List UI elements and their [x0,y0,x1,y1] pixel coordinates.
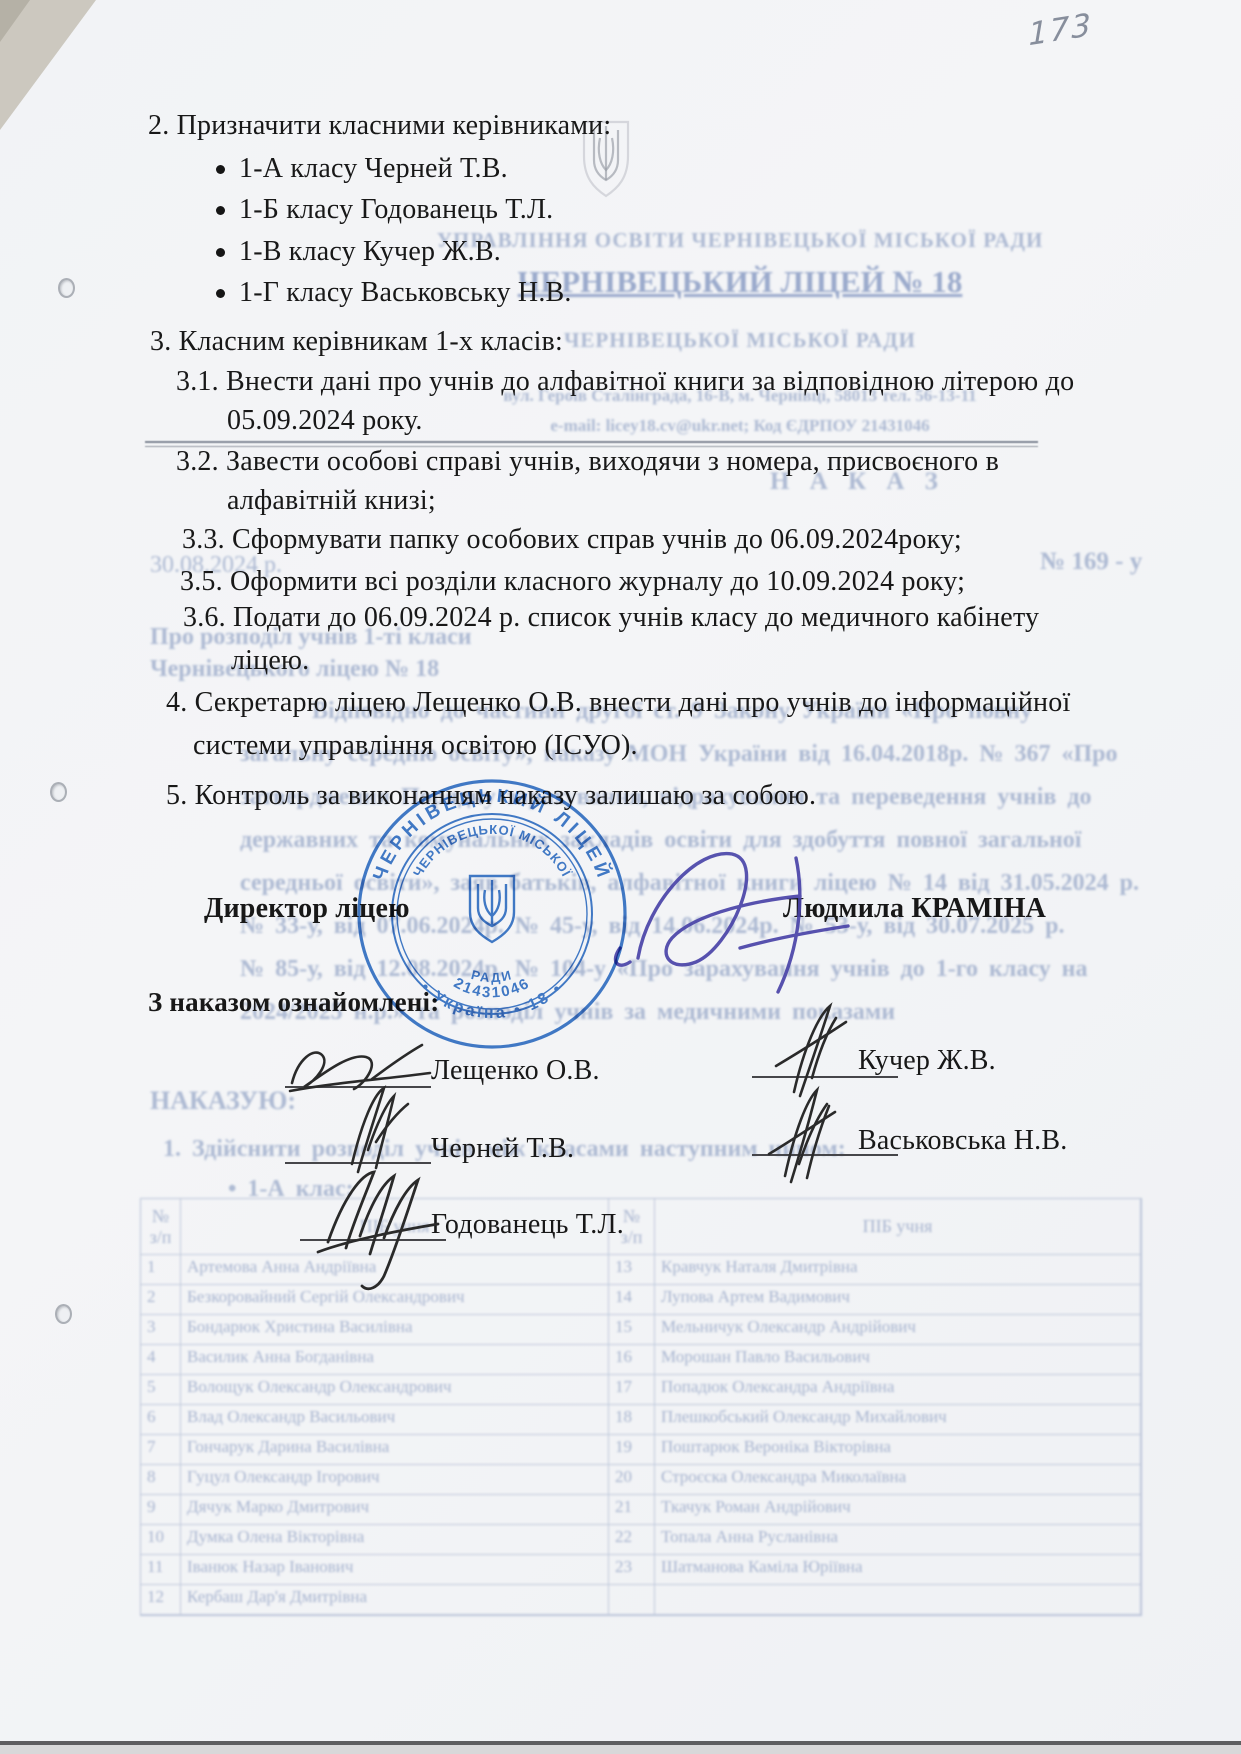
bleed-cell: 22 [609,1525,655,1555]
bleed-table-header-name: ПІБ учня [655,1199,1141,1255]
signature-name-cherney: Черней Т.В. [431,1133,574,1165]
paper-background: УПРАВЛІННЯ ОСВІТИ ЧЕРНІВЕЦЬКОЇ МІСЬКОЇ Р… [0,0,1241,1754]
signature-name-kucher: Кучер Ж.В. [858,1045,996,1077]
bleed-cell: 11 [141,1555,181,1585]
bleed-cell: Іванюк Назар Іванович [181,1555,609,1585]
bullet-dot [216,165,225,174]
scanner-background [0,1745,1241,1754]
bleed-cell: Плешкобський Олександр Михайлович [655,1405,1141,1435]
bleed-cell: Мельничук Олександр Андрійович [655,1315,1141,1345]
stamp-inner-top-text: ЧЕРНІВЕЦЬКОЇ МІСЬКОЇ [410,822,574,880]
bleed-cell: 8 [141,1465,181,1495]
bleed-cell: 13 [609,1255,655,1285]
official-round-stamp: ЧЕРНІВЕЦЬКИЙ ЛІЦЕЙ • Україна • 18 • ЧЕРН… [350,772,634,1056]
scanned-document-page: { "page": { "number": "173" }, "document… [0,0,1241,1754]
bleed-cell: 1 [141,1255,181,1285]
bleed-cell: Лупова Артем Вадимович [655,1285,1141,1315]
order-item-3-1-line2: 05.09.2024 року. [227,405,423,437]
bleed-cell: 10 [141,1525,181,1555]
bleed-cell: 6 [141,1405,181,1435]
svg-text:ЧЕРНІВЕЦЬКОЇ МІСЬКОЇ: ЧЕРНІВЕЦЬКОЇ МІСЬКОЇ [410,822,574,880]
bleed-cell: Гуцул Олександр Ігорович [181,1465,609,1495]
bleed-cell: Думка Олена Вікторівна [181,1525,609,1555]
bleed-cell: Волощук Олександр Олександрович [181,1375,609,1405]
order-item-3: 3. Класним керівникам 1-х класів: [150,326,563,358]
handwritten-page-number: 173 [1028,7,1093,54]
bleed-order-number: № 169 - у [1040,548,1142,576]
bleed-cell: 5 [141,1375,181,1405]
bleed-cell: 23 [609,1555,655,1585]
bleed-cell: Топала Анна Русланівна [655,1525,1141,1555]
bleed-cell: 7 [141,1435,181,1465]
bleed-cell: Поштарюк Вероніка Вікторівна [655,1435,1141,1465]
bullet-item-1v: 1-В класу Кучер Ж.В. [239,236,501,268]
bleed-nakazuyu: НАКАЗУЮ: [150,1086,296,1116]
bleed-cell: Дячук Марко Дмитрович [181,1495,609,1525]
bleed-cell: 16 [609,1345,655,1375]
bleed-cell: 19 [609,1435,655,1465]
bullet-dot [216,206,225,215]
bleed-cell: 4 [141,1345,181,1375]
bleed-cell: Бондарюк Христина Василівна [181,1315,609,1345]
bleed-cell: 20 [609,1465,655,1495]
bleed-cell: Кербаш Дар'я Дмитрівна [181,1585,609,1615]
bleed-cell [609,1585,655,1615]
bullet-dot [216,289,225,298]
stamp-trident-icon [470,876,514,942]
bleed-cell: Ткачук Роман Андрійович [655,1495,1141,1525]
punch-hole-mark [55,1304,72,1324]
bullet-dot [216,248,225,257]
punch-hole-mark [50,782,67,802]
bleed-cell: Попадюк Олександра Андріївна [655,1375,1141,1405]
order-item-3-2-line1: 3.2. Завести особові справі учнів, виход… [176,446,999,478]
bleed-cell: 14 [609,1285,655,1315]
bleed-cell: Влад Олександр Васильович [181,1405,609,1435]
bleed-cell: 21 [609,1495,655,1525]
bleed-table-header-no: № з/п [141,1199,181,1255]
order-item-4-line2: системи управління освітою (ІСУО). [193,730,638,762]
order-item-2: 2. Призначити класними керівниками: [148,110,611,142]
order-item-3-6-line1: 3.6. Подати до 06.09.2024 р. список учні… [183,602,1039,634]
bleed-cell: 3 [141,1315,181,1345]
order-item-3-5: 3.5. Оформити всі розділи класного журна… [180,566,965,598]
bleed-cell: Гончарук Дарина Василівна [181,1435,609,1465]
order-item-3-6-line2: ліцею. [231,645,309,677]
bleed-cell: 15 [609,1315,655,1345]
bleed-cell: Кравчук Наталя Дмитрівна [655,1255,1141,1285]
bleed-class-table: № з/п ПІБ учня № з/п ПІБ учня 1Артемова … [140,1198,1142,1616]
order-item-3-1-line1: 3.1. Внести дані про учнів до алфавітної… [176,366,1074,398]
signature-ink-vaskovska [755,1080,865,1190]
bleed-cell [655,1585,1141,1615]
signature-ink-hodovanets [310,1160,450,1290]
bleed-cell: 2 [141,1285,181,1315]
bleed-cell: Строєска Олександра Миколаївна [655,1465,1141,1495]
scan-corner-fold [0,0,120,150]
punch-hole-mark [58,278,75,298]
bleed-cell: 9 [141,1495,181,1525]
signature-name-leshchenko: Лещенко О.В. [431,1055,600,1087]
bleed-cell: 18 [609,1405,655,1435]
bleed-cell: Шатманова Каміла Юріївна [655,1555,1141,1585]
bleed-cell: 17 [609,1375,655,1405]
bleed-cell: Василик Анна Богданівна [181,1345,609,1375]
bullet-item-1g: 1-Г класу Васьковську Н.В. [239,277,572,309]
order-item-3-2-line2: алфавітній книзі; [227,485,436,517]
bleed-cell: 12 [141,1585,181,1615]
signature-name-vaskovska: Васьковська Н.В. [858,1125,1067,1157]
director-signature-ink [600,830,900,1010]
signature-name-hodovanets: Годованець Т.Л. [431,1209,624,1241]
order-item-4-line1: 4. Секретарю ліцею Лещенко О.В. внести д… [166,687,1070,719]
bleed-cell: Морошан Павло Васильович [655,1345,1141,1375]
bullet-item-1a: 1-А класу Черней Т.В. [239,153,508,185]
bullet-item-1b: 1-Б класу Годованець Т.Л. [239,194,553,226]
order-item-3-3: 3.3. Сформувати папку особових справ учн… [182,524,962,556]
